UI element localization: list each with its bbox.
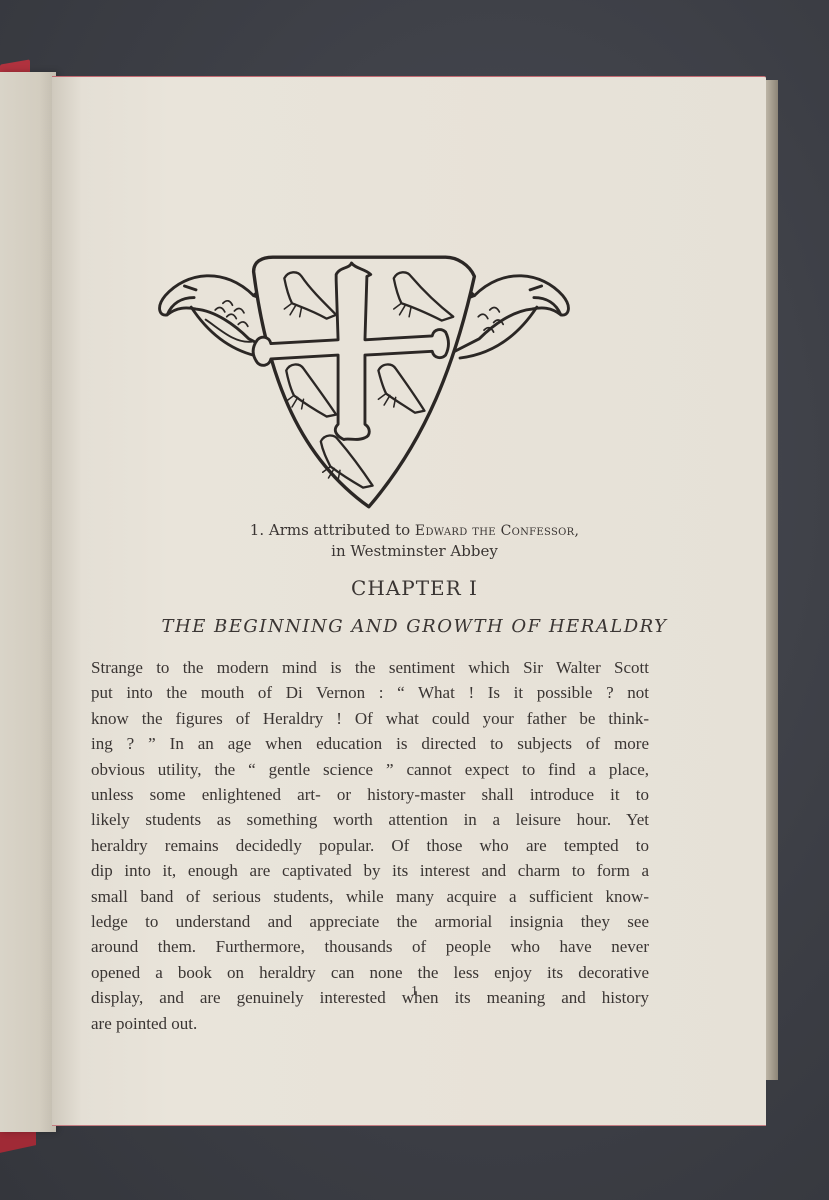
text-line: unless some enlightened art- or history-… xyxy=(91,782,649,807)
text-line: ledge to understand and appreciate the a… xyxy=(91,909,649,934)
text-line: heraldry remains decidedly popular. Of t… xyxy=(91,833,649,858)
caption-prefix: Arms attributed to xyxy=(269,521,410,539)
chapter-heading: CHAPTER I xyxy=(0,576,829,600)
text-line: dip into it, enough are captivated by it… xyxy=(91,858,649,883)
text-line: likely students as something worth atten… xyxy=(91,807,649,832)
text-line: obvious utility, the “ gentle science ” … xyxy=(91,757,649,782)
text-line: around them. Furthermore, thousands of p… xyxy=(91,934,649,959)
text-line: are pointed out. xyxy=(91,1011,649,1036)
text-line: Strange to the modern mind is the sentim… xyxy=(91,655,649,680)
text-line: ing ? ” In an age when education is dire… xyxy=(91,731,649,756)
left-page xyxy=(0,72,56,1132)
text-line: small band of serious students, while ma… xyxy=(91,884,649,909)
figure-number: 1. xyxy=(250,521,264,539)
page-number: 1 xyxy=(0,984,829,1000)
text-line: know the figures of Heraldry ! Of what c… xyxy=(91,706,649,731)
coat-of-arms-illustration xyxy=(148,244,580,520)
caption-name: Edward the Confessor, xyxy=(415,523,579,539)
text-line: opened a book on heraldry can none the l… xyxy=(91,960,649,985)
text-line: put into the mouth of Di Vernon : “ What… xyxy=(91,680,649,705)
chapter-title: THE BEGINNING AND GROWTH OF HERALDRY xyxy=(0,616,829,637)
caption-location: in Westminster Abbey xyxy=(0,541,829,561)
body-paragraph: Strange to the modern mind is the sentim… xyxy=(91,655,649,1036)
